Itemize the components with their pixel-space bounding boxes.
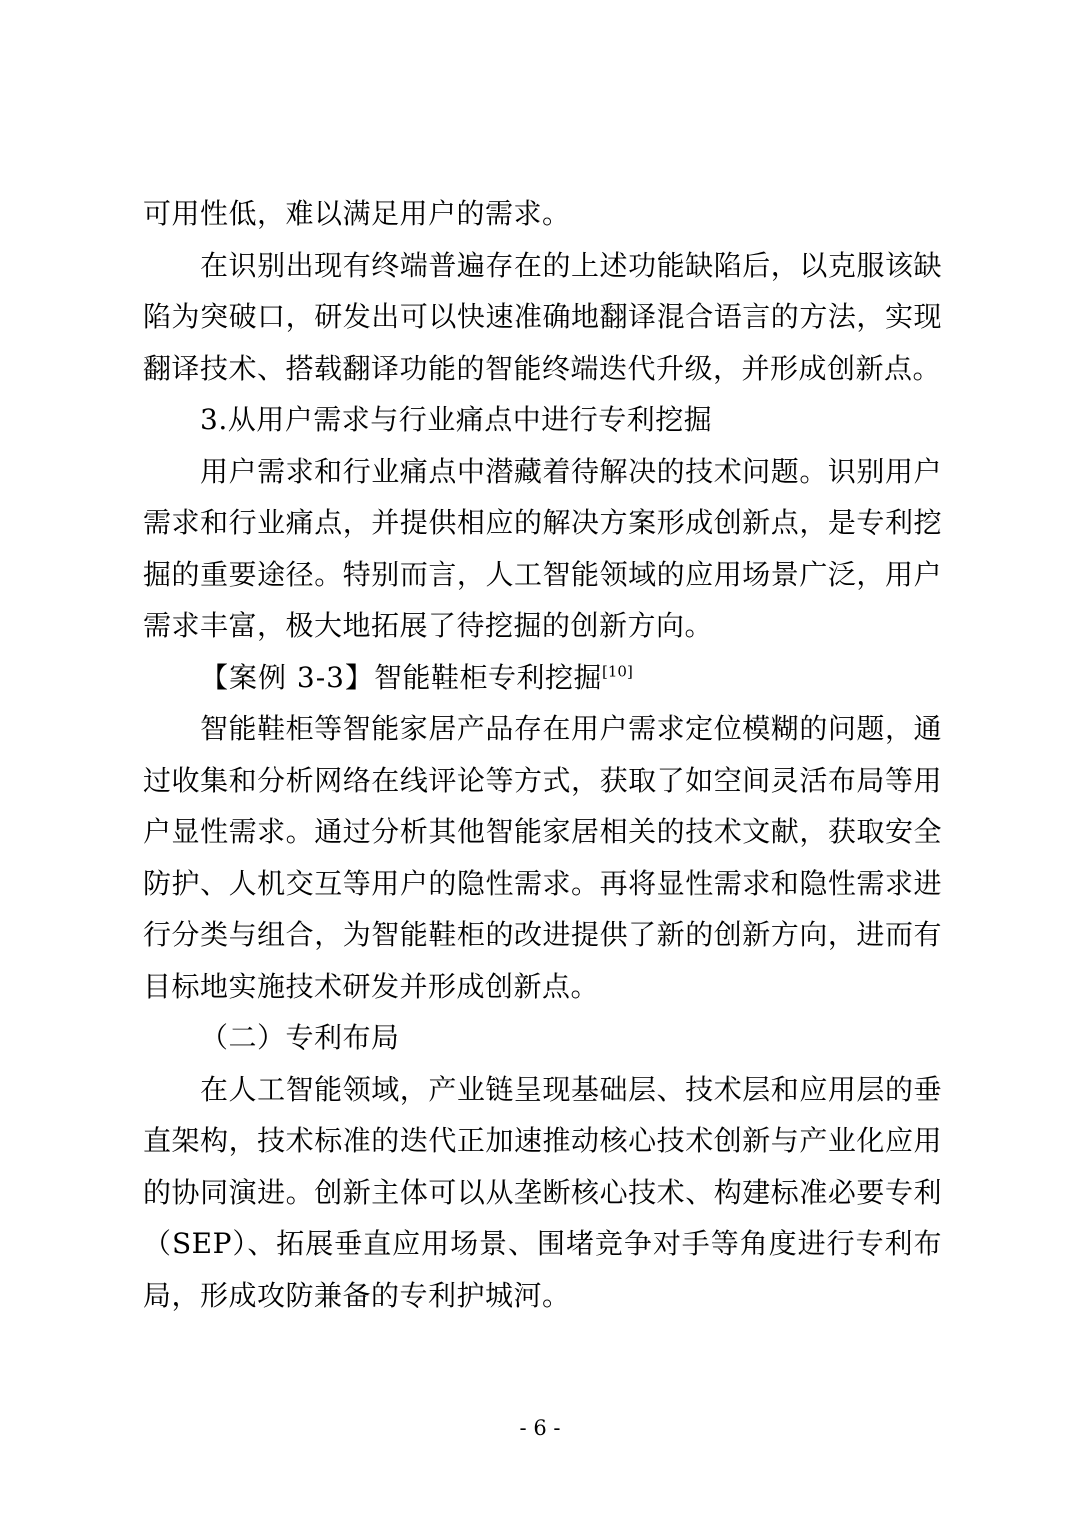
paragraph: 在识别出现有终端普遍存在的上述功能缺陷后，以克服该缺陷为突破口，研发出可以快速准… (143, 240, 942, 395)
paragraph: 用户需求和行业痛点中潜藏着待解决的技术问题。识别用户需求和行业痛点，并提供相应的… (143, 446, 942, 652)
page-number: - 6 - (520, 1416, 561, 1440)
document-content: 可用性低，难以满足用户的需求。 在识别出现有终端普遍存在的上述功能缺陷后，以克服… (143, 188, 942, 1321)
paragraph: 智能鞋柜等智能家居产品存在用户需求定位模糊的问题，通过收集和分析网络在线评论等方… (143, 703, 942, 1012)
document-page: 可用性低，难以满足用户的需求。 在识别出现有终端普遍存在的上述功能缺陷后，以克服… (0, 0, 1080, 1527)
paragraph: 在人工智能领域，产业链呈现基础层、技术层和应用层的垂直架构，技术标准的迭代正加速… (143, 1064, 942, 1322)
subsection-heading: （二）专利布局 (143, 1012, 942, 1064)
footnote-reference: [10] (602, 662, 633, 680)
case-title: 智能鞋柜专利挖掘 (374, 661, 602, 694)
section-heading: 3.从用户需求与行业痛点中进行专利挖掘 (143, 394, 942, 446)
page-footer: - 6 - (0, 1413, 1080, 1443)
case-label: 【案例 3-3】 (200, 661, 374, 694)
paragraph-continuation: 可用性低，难以满足用户的需求。 (143, 188, 942, 240)
case-label-line: 【案例 3-3】智能鞋柜专利挖掘[10] (143, 652, 942, 704)
